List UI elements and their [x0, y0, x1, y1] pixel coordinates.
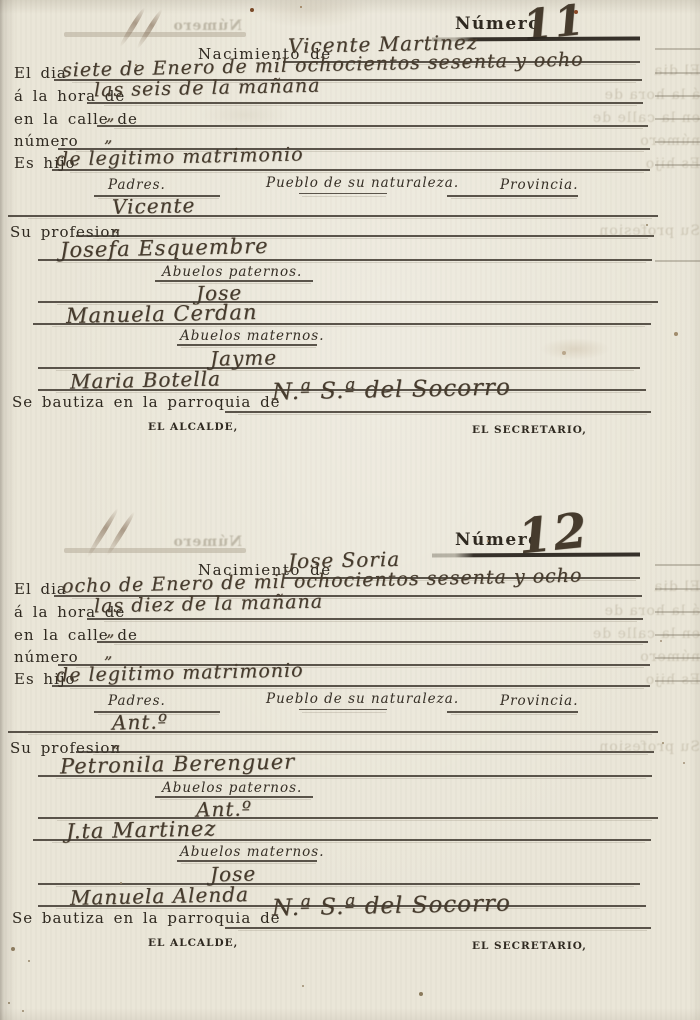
verso-bleed-line [655, 611, 700, 613]
paper-speckles [0, 0, 2, 2]
profession-ditto-handwritten: „ [112, 216, 122, 235]
padres-label: Padres. [108, 177, 166, 193]
profession-ditto-handwritten: „ [112, 732, 122, 751]
verso-bleed-line [655, 72, 700, 74]
ruled-line [225, 927, 651, 929]
birth-registry-page: Número Número 11 Nacimiento de Vicente M… [0, 0, 700, 1020]
pueblo-label: Pueblo de su naturaleza. [266, 691, 459, 707]
ruled-line [225, 411, 651, 413]
ruled-line [33, 323, 651, 325]
ruled-line [38, 775, 652, 777]
verso-bleed-line [655, 118, 700, 120]
ruled-line [52, 169, 650, 171]
verso-bleed-line [655, 260, 700, 262]
provincia-label: Provincia. [500, 693, 579, 709]
birth-time-handwritten: las seis de la mañana [94, 75, 321, 102]
house-number-ditto-handwritten: „ [104, 643, 114, 662]
ruled-line [87, 618, 643, 620]
numero-handwritten-value: 11 [521, 0, 588, 50]
secretario-label: EL SECRETARIO, [472, 940, 587, 952]
pueblo-label: Pueblo de su naturaleza. [266, 175, 459, 191]
verso-bleed-line [655, 164, 700, 166]
alcalde-label: EL ALCALDE, [148, 421, 238, 433]
provincia-label: Provincia. [500, 177, 579, 193]
pueblo-underline [299, 193, 387, 194]
birth-date-handwritten: siete de Enero de mil ochocientos sesent… [62, 49, 584, 82]
ruled-line [8, 731, 658, 733]
abuelos-maternos-label: Abuelos maternos. [180, 328, 325, 344]
street-ditto-handwritten: „ [106, 105, 116, 124]
bautiza-label: Se bautiza en la parroquia de [12, 393, 281, 411]
ruled-line [52, 685, 650, 687]
ruled-line [8, 215, 658, 217]
record-12: Número Número 12 Nacimiento de Jose Sori… [0, 524, 700, 964]
ruled-line [38, 259, 652, 261]
padres-label: Padres. [108, 693, 166, 709]
verso-bleed-text: El dia [653, 579, 700, 595]
pueblo-underline [299, 709, 387, 710]
provincia-underline [447, 195, 578, 197]
bautiza-label: Se bautiza en la parroquia de [12, 909, 281, 927]
parish-handwritten: N.ª S.ª del Socorro [272, 891, 511, 922]
verso-bleed-line [655, 588, 700, 590]
verso-bleed-line [655, 564, 700, 566]
verso-bleed-numero-text: Número [173, 534, 242, 550]
house-number-ditto-handwritten: „ [104, 127, 114, 146]
street-ditto-handwritten: „ [106, 621, 116, 640]
ruled-line [33, 839, 651, 841]
abuelos-maternos-label: Abuelos maternos. [180, 844, 325, 860]
parish-handwritten: N.ª S.ª del Socorro [272, 375, 511, 406]
verso-bleed-text: El dia [653, 63, 700, 79]
secretario-label: EL SECRETARIO, [472, 424, 587, 436]
numero-underline [432, 552, 640, 557]
verso-bleed-text: Su profesion [598, 739, 700, 755]
birth-time-handwritten: las diez de la mañana [94, 591, 324, 618]
record-11: Número Número 11 Nacimiento de Vicente M… [0, 8, 700, 448]
legitimacy-handwritten: de legitimo matrimonio [56, 143, 304, 170]
ruled-line [97, 641, 648, 643]
verso-bleed-numero-text: Número [173, 18, 242, 34]
verso-bleed-line [655, 680, 700, 682]
paper-stain [200, 100, 290, 130]
paper-stain [540, 338, 610, 360]
verso-bleed-line [655, 657, 700, 659]
ruled-line [97, 125, 648, 127]
verso-bleed-line [655, 141, 700, 143]
verso-bleed-line [655, 48, 700, 50]
provincia-underline [447, 711, 578, 713]
alcalde-label: EL ALCALDE, [148, 937, 238, 949]
verso-bleed-line [655, 634, 700, 636]
abuelos-paternos-label: Abuelos paternos. [162, 780, 302, 796]
verso-bleed-line [655, 95, 700, 97]
ruled-line [87, 102, 643, 104]
legitimacy-handwritten: de legitimo matrimonio [56, 659, 304, 686]
abuelos-paternos-label: Abuelos paternos. [162, 264, 302, 280]
verso-bleed-text: Su profesion [598, 223, 700, 239]
mother-name-handwritten: Josefa Esquembre [60, 234, 269, 262]
